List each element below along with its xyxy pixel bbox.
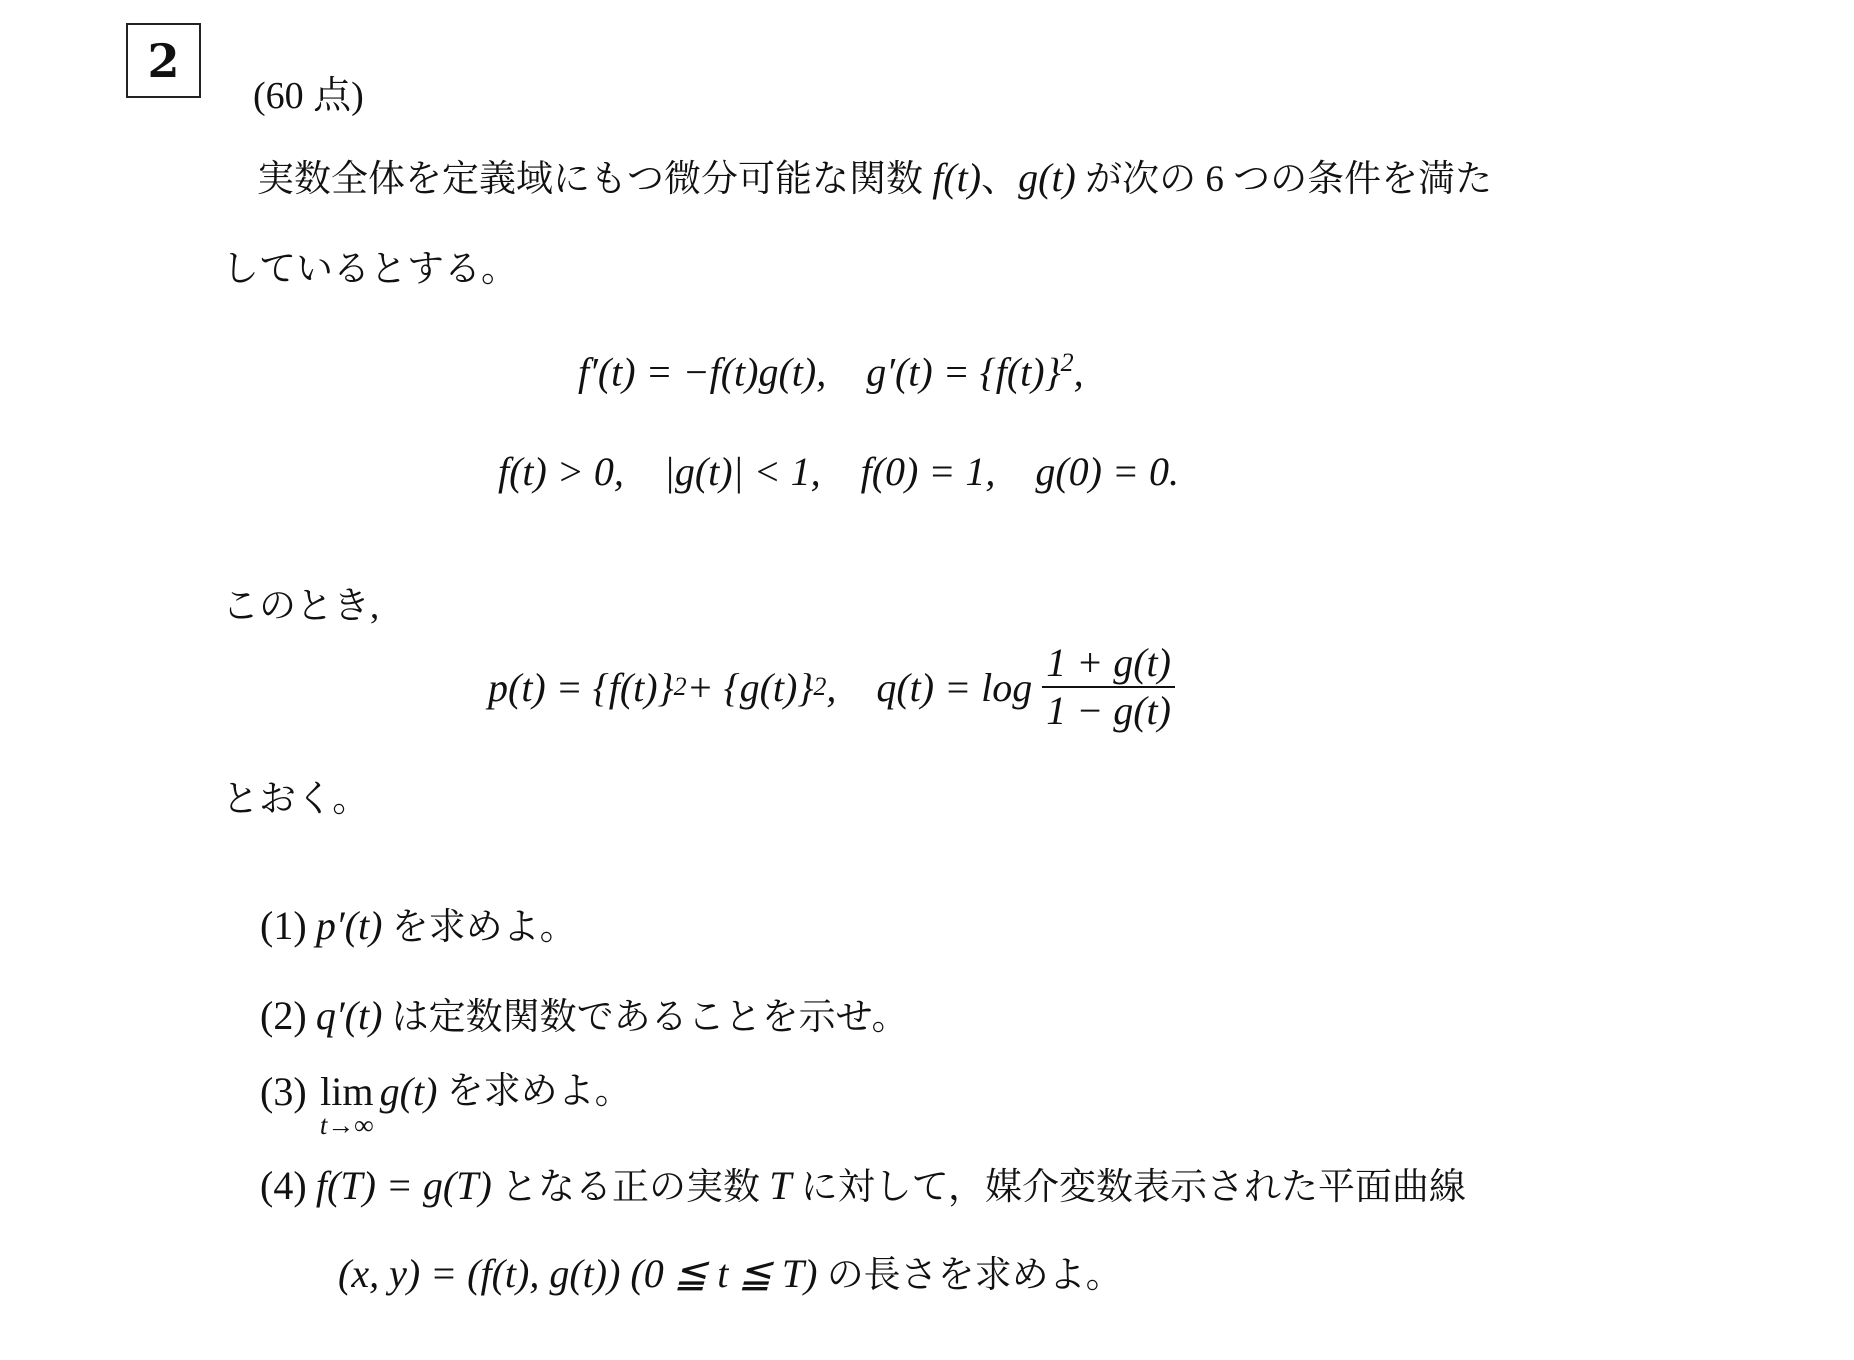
question-text: を求めよ。 [382, 907, 576, 948]
question-label: (4) [260, 1163, 307, 1208]
parametric-curve-math: (x, y) = (f(t), g(t)) (0 ≦ t ≦ T) [338, 1251, 817, 1296]
question-math: q′(t) [316, 993, 383, 1038]
fraction-denominator: 1 − g(t) [1042, 688, 1175, 734]
question-4-continuation: (x, y) = (f(t), g(t)) (0 ≦ t ≦ T) の長さを求め… [338, 1244, 1123, 1298]
cond-g-initial: g(0) = 0. [1035, 449, 1179, 494]
question-text: を求めよ。 [437, 1071, 631, 1112]
def-p-comma: , [826, 664, 836, 711]
question-math: f(T) = g(T) [316, 1163, 492, 1208]
question-text: は定数関数であることを示せ。 [382, 997, 908, 1038]
intro-separator: 、 [981, 159, 1018, 200]
eq-g-prime-comma: , [1074, 349, 1084, 394]
definitions-trail: とおく。 [222, 768, 369, 822]
question-2: (2) q′(t) は定数関数であることを示せ。 [260, 986, 909, 1040]
definition-equation: p(t) = {f(t)}2 + {g(t)}2, q(t) = log 1 +… [488, 640, 1175, 734]
log-fraction: 1 + g(t) 1 − g(t) [1042, 640, 1175, 734]
eq-g-prime: g′(t) = {f(t)} [866, 349, 1060, 394]
def-p-exponent-1: 2 [674, 672, 687, 702]
intro-line-1: 実数全体を定義域にもつ微分可能な関数 f(t)、g(t) が次の 6 つの条件を… [257, 148, 1492, 202]
lim-word: lim [320, 1070, 373, 1114]
definitions-lead: このとき, [222, 575, 379, 629]
question-label: (2) [260, 993, 307, 1038]
lim-subscript: t→∞ [320, 1114, 374, 1136]
question-math: g(t) [380, 1069, 438, 1114]
question-math: p′(t) [316, 903, 383, 948]
fraction-numerator: 1 + g(t) [1042, 640, 1175, 686]
limit-operator: lim t→∞ [320, 1070, 374, 1136]
question-text-continuation: の長さを求めよ。 [817, 1255, 1122, 1296]
points-label: (60 点) [253, 64, 364, 119]
question-label: (3) [260, 1069, 307, 1114]
intro-text-rest: が次の 6 つの条件を満た [1076, 159, 1492, 200]
question-4: (4) f(T) = g(T) となる正の実数 T に対して，媒介変数表示された… [260, 1156, 1466, 1210]
math-f-of-t: f(t) [932, 155, 981, 200]
problem-number-box: 2 [126, 23, 201, 98]
def-q: q(t) = log [876, 664, 1032, 711]
question-math-T: T [769, 1163, 791, 1208]
condition-equation-row-1: f′(t) = −f(t)g(t),g′(t) = {f(t)}2, [578, 348, 1084, 395]
problem-number: 2 [147, 34, 179, 88]
question-3: (3) lim t→∞ g(t) を求めよ。 [260, 1070, 632, 1136]
question-text-2: に対して，媒介変数表示された平面曲線 [792, 1167, 1467, 1208]
cond-g-bounded: |g(t)| < 1, [664, 449, 821, 494]
intro-text: 実数全体を定義域にもつ微分可能な関数 [257, 159, 932, 200]
question-1: (1) p′(t) を求めよ。 [260, 896, 577, 950]
eq-g-prime-exponent: 2 [1061, 348, 1074, 377]
intro-line-2: しているとする。 [222, 238, 518, 292]
cond-f-initial: f(0) = 1, [861, 449, 996, 494]
eq-f-prime: f′(t) = −f(t)g(t), [578, 349, 826, 394]
def-p-mid: + {g(t)} [687, 664, 814, 711]
cond-f-positive: f(t) > 0, [498, 449, 624, 494]
question-label: (1) [260, 903, 307, 948]
def-p-exponent-2: 2 [813, 672, 826, 702]
question-text: となる正の実数 [492, 1167, 770, 1208]
math-g-of-t: g(t) [1018, 155, 1076, 200]
def-p: p(t) = {f(t)} [488, 664, 674, 711]
condition-equation-row-2: f(t) > 0,|g(t)| < 1,f(0) = 1,g(0) = 0. [498, 448, 1179, 495]
